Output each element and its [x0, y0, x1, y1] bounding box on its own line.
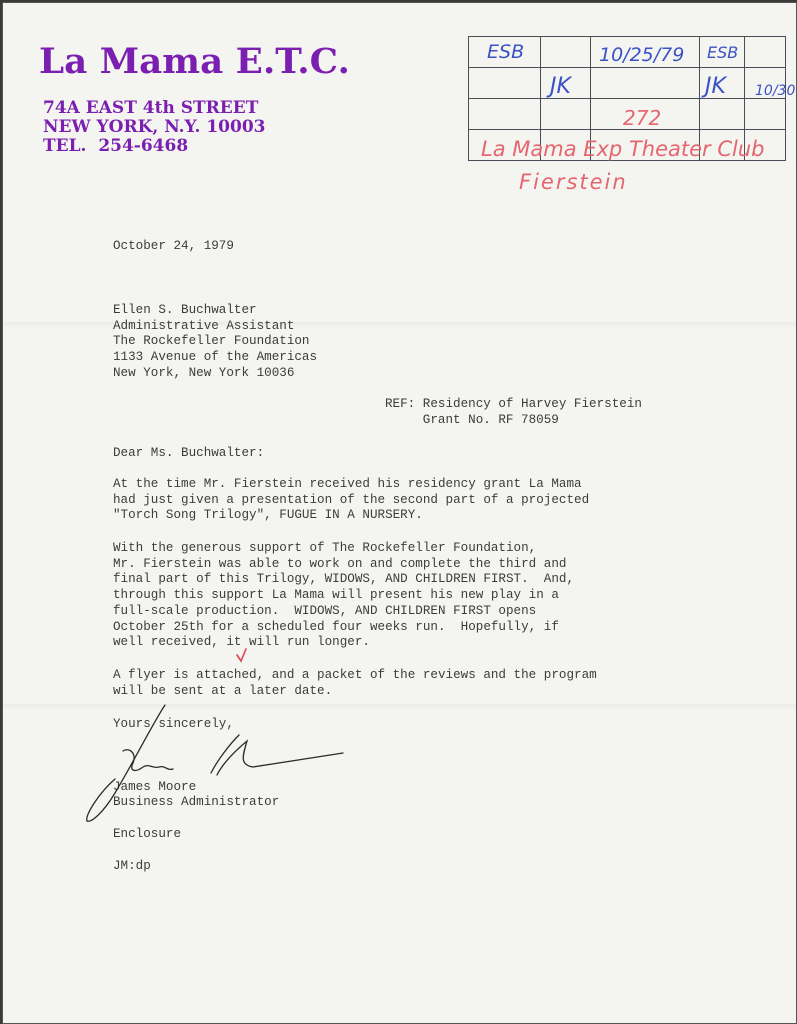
red-checkmark-icon	[237, 649, 246, 661]
signature-icon	[87, 705, 343, 821]
ink-marks	[3, 3, 796, 1023]
letter-page: La Mama E.T.C. 74A EAST 4th STREET NEW Y…	[2, 2, 797, 1024]
